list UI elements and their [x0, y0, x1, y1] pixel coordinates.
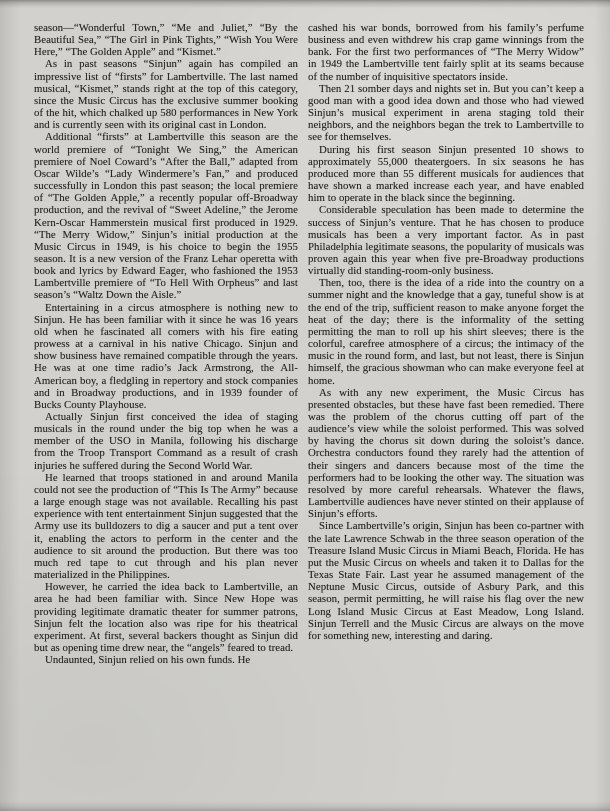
- paragraph: He learned that troops stationed in and …: [34, 472, 298, 581]
- two-column-text-block: season—“Wonderful Town,” “Me and Juliet,…: [34, 22, 584, 666]
- paragraph: Considerable speculation has been made t…: [308, 204, 584, 277]
- paragraph: During his first season Sinjun presented…: [308, 144, 584, 205]
- scanned-program-page: season—“Wonderful Town,” “Me and Juliet,…: [0, 0, 610, 811]
- text-column-left: season—“Wonderful Town,” “Me and Juliet,…: [34, 22, 298, 666]
- paragraph: Additional “firsts” at Lambertville this…: [34, 131, 298, 301]
- paragraph: Actually Sinjun first conceived the idea…: [34, 411, 298, 472]
- text-column-right: cashed his war bonds, borrowed from his …: [308, 22, 584, 666]
- paragraph: Since Lambertville’s origin, Sinjun has …: [308, 520, 584, 642]
- paragraph: As in past seasons “Sinjun” again has co…: [34, 58, 298, 131]
- paragraph: Then 21 somber days and nights set in. B…: [308, 83, 584, 144]
- paragraph-continuation: season—“Wonderful Town,” “Me and Juliet,…: [34, 22, 298, 58]
- paragraph-continuation: cashed his war bonds, borrowed from his …: [308, 22, 584, 83]
- paragraph: Then, too, there is the idea of a ride i…: [308, 277, 584, 386]
- paragraph: However, he carried the idea back to Lam…: [34, 581, 298, 654]
- paragraph: Entertaining in a circus atmosphere is n…: [34, 302, 298, 411]
- paragraph: As with any new experiment, the Music Ci…: [308, 387, 584, 521]
- paragraph: Undaunted, Sinjun relied on his own fund…: [34, 654, 298, 666]
